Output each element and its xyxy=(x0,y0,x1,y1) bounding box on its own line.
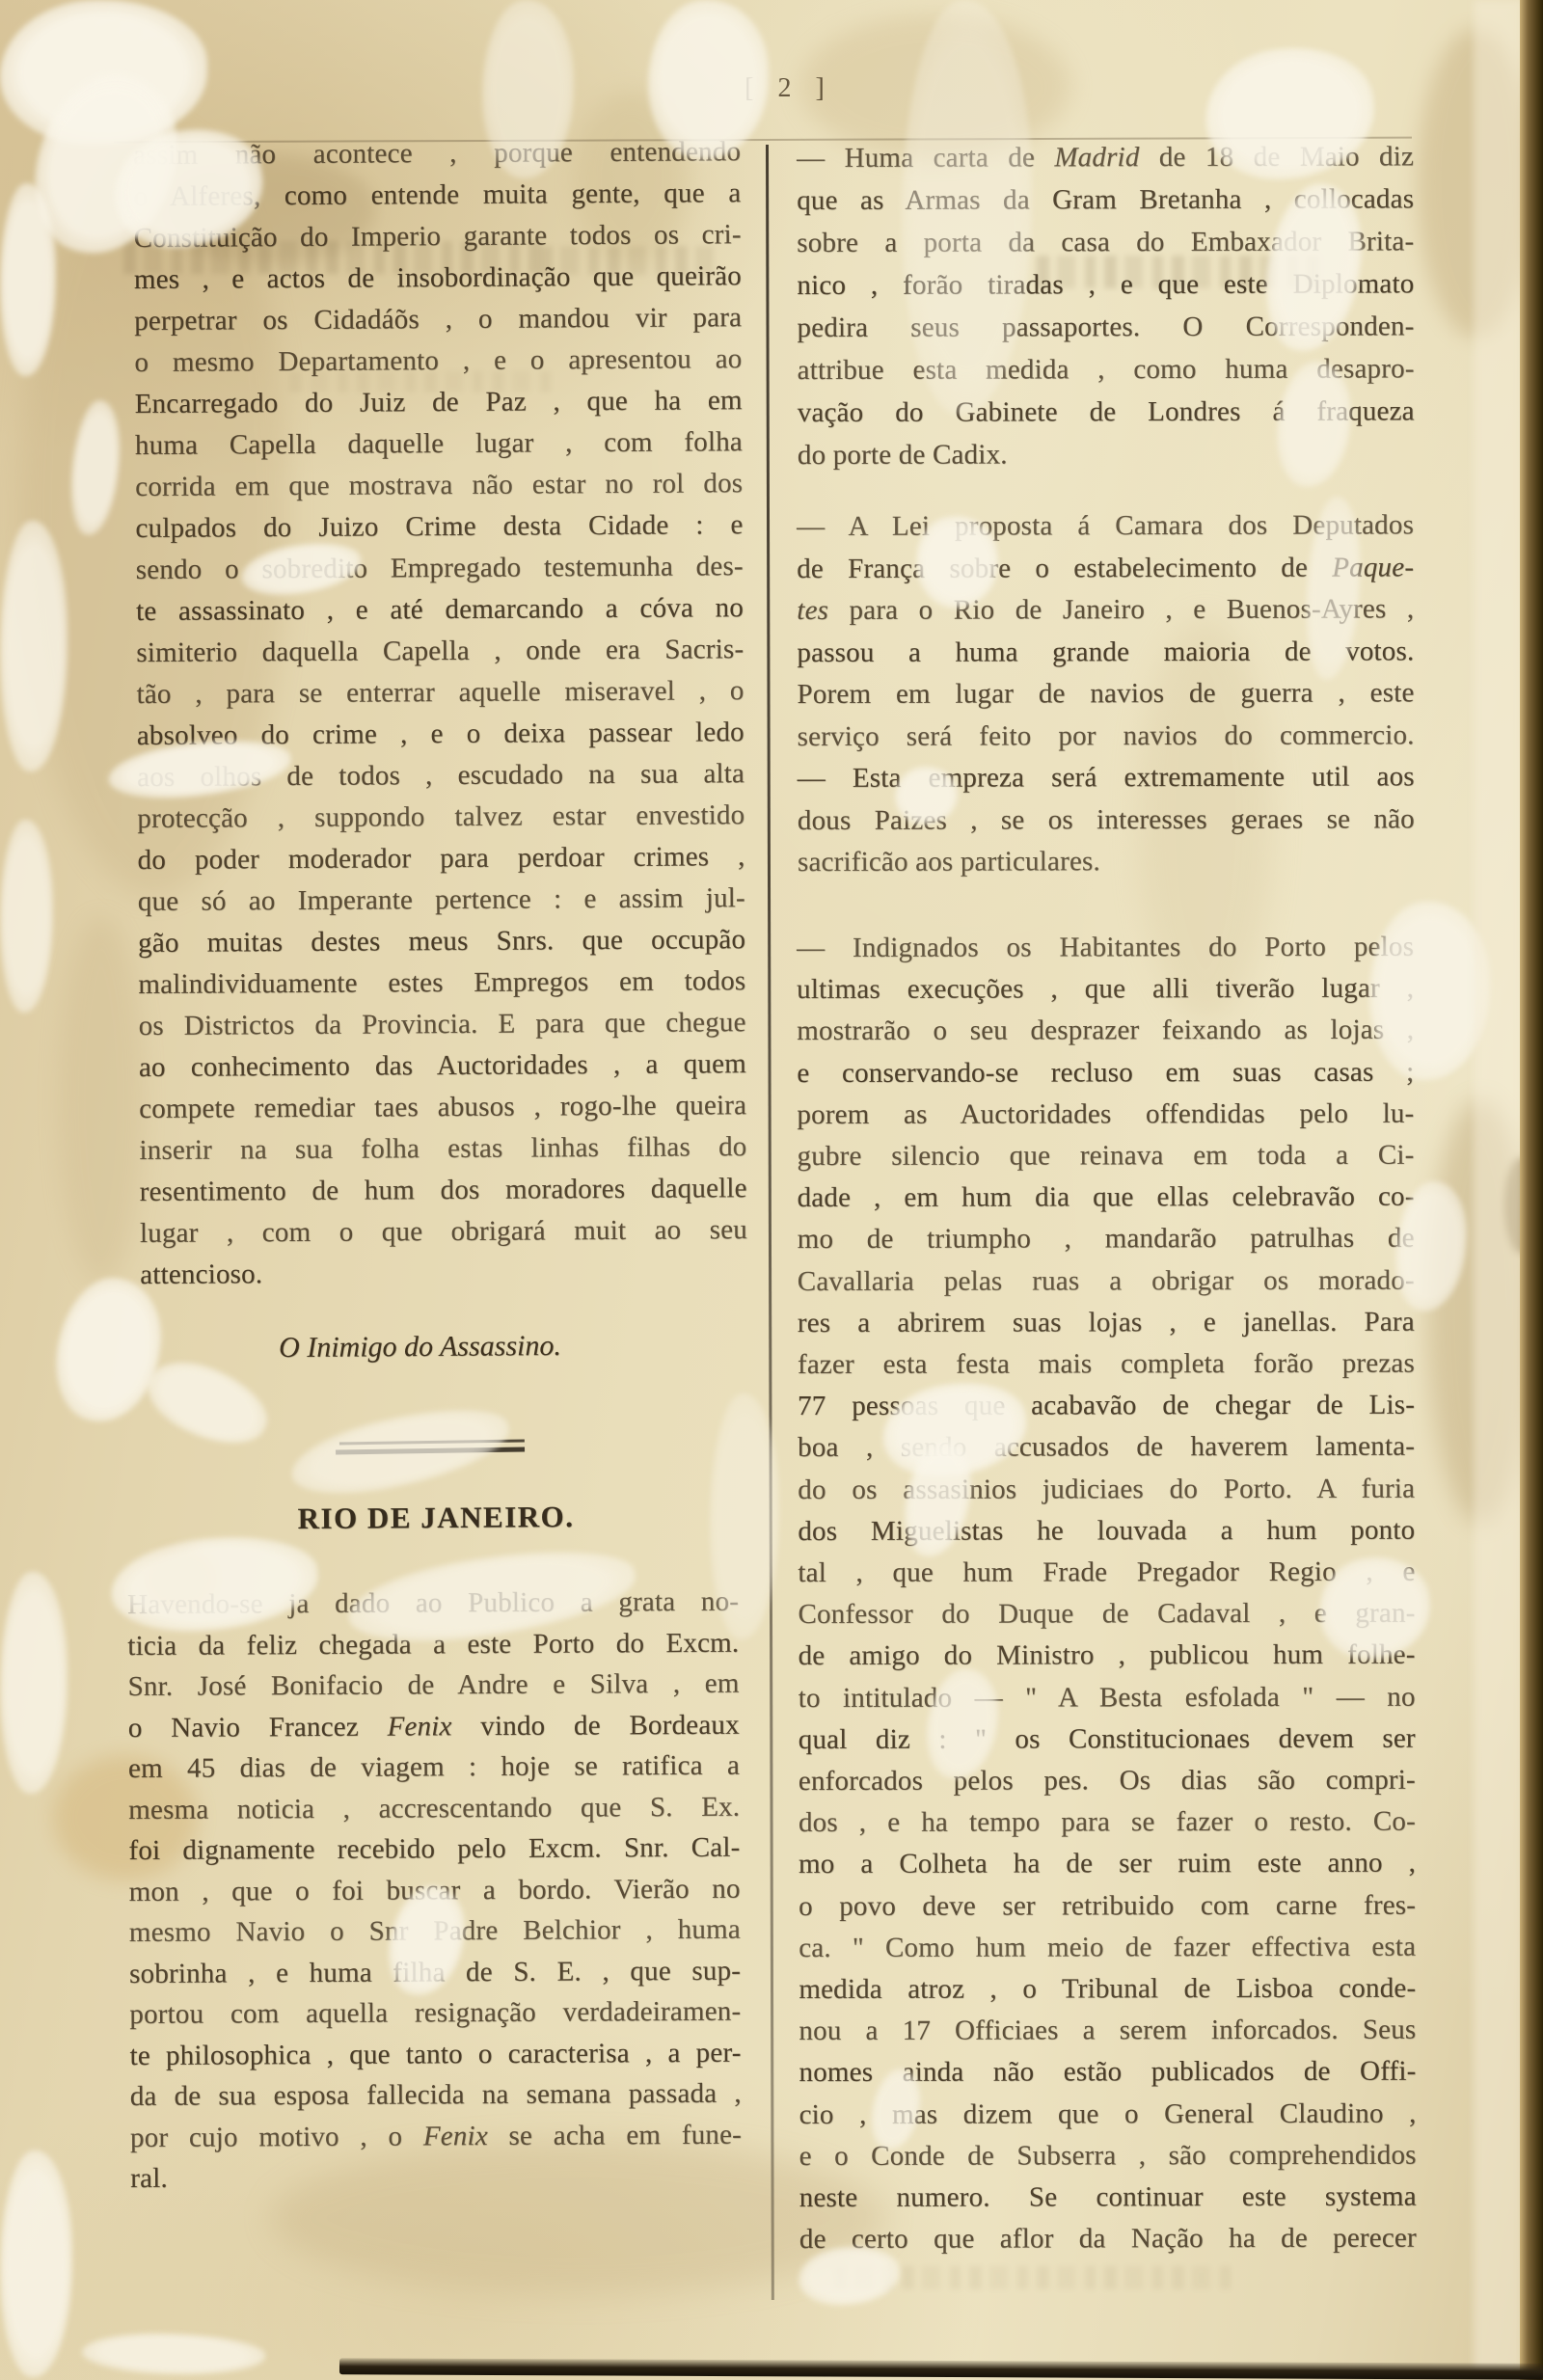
text-segment: Snr. José Bonifacio de Andre e Silva , e… xyxy=(127,1668,739,1702)
text-line: mostrarão o seu desprazer feixando as lo… xyxy=(797,1010,1414,1053)
text-segment: fazer esta festa mais completa forão pre… xyxy=(798,1348,1415,1380)
text-line: ral. xyxy=(130,2155,742,2200)
text-segment: os Districtos da Provincia. E para que c… xyxy=(139,1007,746,1041)
text-line: mesma noticia , accrescentando que S. Ex… xyxy=(128,1786,740,1830)
text-segment: ultimas execuções , que alli tiverão lug… xyxy=(797,973,1414,1005)
text-line: ultimas execuções , que alli tiverão lug… xyxy=(797,968,1414,1012)
text-line: culpados do Juizo Crime desta Cidade : e xyxy=(135,504,743,550)
text-line: Cavallaria pelas ruas a obrigar os morad… xyxy=(798,1259,1415,1303)
text-segment: do poder moderador para perdoar crimes , xyxy=(137,841,744,876)
text-line: huma Capella daquelle lugar , com folha xyxy=(135,421,743,467)
text-line: o mesmo Departamento , e o apresentou ao xyxy=(134,338,742,384)
text-line: por cujo motivo , o Fenix se acha em fun… xyxy=(130,2114,742,2158)
text-segment: resentimento de hum dos moradores daquel… xyxy=(140,1173,747,1207)
text-line: dos Miguelistas he louvada a hum ponto xyxy=(798,1510,1415,1554)
paper-tear-patch xyxy=(0,820,53,1013)
text-line: res a abrirem suas lojas , e janellas. P… xyxy=(798,1301,1415,1344)
text-line: qual diz : " os Constitucionaes devem se… xyxy=(799,1718,1416,1762)
paper-tear-patch xyxy=(81,2331,265,2378)
book-binding-edge xyxy=(1520,0,1543,2380)
text-line: tal , que hum Frade Pregador Regio , e xyxy=(798,1552,1415,1595)
italic-text-segment: Fenix xyxy=(387,1711,451,1742)
text-line: attencioso. xyxy=(140,1251,747,1296)
text-line: ca. " Como hum meio de fazer effectiva e… xyxy=(799,1927,1416,1970)
text-line: portou com aquella resignação verdadeira… xyxy=(129,1991,741,2036)
text-segment: simiterio daquella Capella , onde era Sa… xyxy=(136,634,744,668)
text-line: o povo deve ser retribuido com carne fre… xyxy=(799,1884,1416,1928)
text-segment: sacrificão aos particulares. xyxy=(798,846,1100,878)
text-line: gubre silencio que reinava em toda a Ci- xyxy=(797,1135,1414,1178)
text-segment: compete remediar taes abusos , rogo-lhe … xyxy=(139,1090,746,1124)
text-segment: tal , que hum Frade Pregador Regio , e xyxy=(798,1556,1415,1588)
text-segment: nou a 17 Officiaes a serem inforcados. S… xyxy=(799,2015,1416,2046)
text-segment: dade , em hum dia que ellas celebravão c… xyxy=(798,1181,1415,1213)
text-line: sendo o sobredito Empregado testemunha d… xyxy=(136,546,744,591)
text-line: — Esta empreza será extremamente util ao… xyxy=(798,756,1415,799)
text-line: e conservando-se recluso em suas casas ; xyxy=(797,1051,1414,1095)
text-segment: dos Miguelistas he louvada a hum ponto xyxy=(798,1515,1415,1547)
paper-tear-patch xyxy=(0,2150,72,2377)
text-segment: do porte de Cadix. xyxy=(798,439,1008,471)
text-segment: corrida em que mostrava não estar no rol… xyxy=(135,468,743,502)
text-segment: — Indignados os Habitantes do Porto pelo… xyxy=(797,932,1414,963)
text-line: ao conhecimento das Auctoridades , a que… xyxy=(139,1043,746,1089)
text-line: neste numero. Se continuar este systema xyxy=(799,2177,1417,2220)
text-segment: neste numero. Se continuar este systema xyxy=(799,2181,1417,2213)
text-segment: de França sobre o estabelecimento de xyxy=(797,552,1332,583)
text-line: dous Paizes , se os interesses geraes se… xyxy=(798,798,1415,842)
text-segment: em 45 dias de viagem : hoje se ratifica … xyxy=(128,1750,740,1784)
text-line: Snr. José Bonifacio de Andre e Silva , e… xyxy=(127,1663,739,1708)
text-segment: do os assasinios judiciaes do Porto. A f… xyxy=(798,1473,1415,1504)
newspaper-page-scan: [ 2 ] assim não acontece , porque entend… xyxy=(0,0,1543,2380)
text-line: que só ao Imperante pertence : e assim j… xyxy=(138,878,745,923)
text-segment: perpetrar os Cidadáõs , o mandou vir par… xyxy=(134,302,742,337)
text-segment: protecção , suppondo talvez estar envest… xyxy=(137,799,744,834)
text-line: Porem em lugar de navios de guerra , est… xyxy=(797,672,1414,716)
text-line: dade , em hum dia que ellas celebravão c… xyxy=(798,1176,1415,1220)
text-segment: o povo deve ser retribuido com carne fre… xyxy=(799,1889,1416,1921)
text-segment: porem as Auctoridades offendidas pelo lu… xyxy=(797,1097,1414,1129)
paper-stain xyxy=(58,916,145,1283)
text-segment: medida atroz , o Tribunal de Lisboa cond… xyxy=(799,1973,1416,2005)
text-segment: tão , para se enterrar aquelle miseravel… xyxy=(136,675,744,710)
text-line: serviço será feito por navios do commerc… xyxy=(798,715,1415,758)
text-segment: e conservando-se recluso em suas casas ; xyxy=(797,1056,1414,1088)
paper-tear-patch xyxy=(648,0,769,159)
text-segment: ao conhecimento das Auctoridades , a que… xyxy=(139,1048,746,1083)
text-segment: ral. xyxy=(130,2163,168,2194)
text-segment: o Navio Francez xyxy=(128,1711,388,1743)
section-heading-rio-de-janeiro: RIO DE JANEIRO. xyxy=(282,1500,590,1536)
text-segment: mo a Colheta ha de ser ruim este anno , xyxy=(799,1848,1416,1880)
text-line: em 45 dias de viagem : hoje se ratifica … xyxy=(128,1745,740,1790)
text-segment: que só ao Imperante pertence : e assim j… xyxy=(138,882,745,917)
text-line: perpetrar os Cidadáõs , o mandou vir par… xyxy=(134,297,742,342)
text-segment: — Esta empreza será extremamente util ao… xyxy=(798,761,1415,794)
text-segment: malindividuamente estes Empregos em todo… xyxy=(138,965,745,1000)
text-line: mo a Colheta ha de ser ruim este anno , xyxy=(799,1843,1416,1886)
text-segment: gubre silencio que reinava em toda a Ci- xyxy=(797,1140,1414,1172)
text-segment: mes , e actos de insobordinação que quei… xyxy=(134,260,742,295)
column-divider xyxy=(766,145,774,2300)
signature-line: O Inimigo do Assassino. xyxy=(239,1330,601,1366)
text-line: tão , para se enterrar aquelle miseravel… xyxy=(136,670,744,716)
text-line: fazer esta festa mais completa forão pre… xyxy=(798,1343,1415,1387)
text-segment: dos , e ha tempo para se fazer o resto. … xyxy=(799,1806,1416,1838)
text-line: — Indignados os Habitantes do Porto pelo… xyxy=(797,927,1414,970)
text-segment: Cavallaria pelas ruas a obrigar os morad… xyxy=(798,1264,1415,1296)
italic-text-segment: Madrid xyxy=(1054,142,1139,173)
text-line: mes , e actos de insobordinação que quei… xyxy=(134,256,742,301)
text-segment: culpados do Juizo Crime desta Cidade : e xyxy=(135,509,743,544)
text-segment: mesma noticia , accrescentando que S. Ex… xyxy=(128,1791,740,1825)
text-line: protecção , suppondo talvez estar envest… xyxy=(137,795,744,840)
text-line: dos , e ha tempo para se fazer o resto. … xyxy=(799,1801,1416,1845)
text-segment: ca. " Como hum meio de fazer effectiva e… xyxy=(799,1932,1416,1963)
text-segment: res a abrirem suas lojas , e janellas. P… xyxy=(798,1306,1415,1338)
text-segment: inserir na sua folha estas linhas filhas… xyxy=(139,1131,746,1166)
text-line: inserir na sua folha estas linhas filhas… xyxy=(139,1126,746,1172)
text-segment: mo de triumpho , mandarão patrulhas de xyxy=(798,1223,1415,1255)
text-segment: attencioso. xyxy=(140,1258,262,1290)
text-segment: o mesmo Departamento , e o apresentou ao xyxy=(134,343,742,378)
text-segment: lugar , com o que obrigará muit ao seu xyxy=(140,1214,747,1249)
text-segment: de amigo do Ministro , publicou hum folh… xyxy=(799,1639,1416,1671)
text-line: os Districtos da Provincia. E para que c… xyxy=(139,1002,746,1047)
text-segment: qual diz : " os Constitucionaes devem se… xyxy=(799,1723,1416,1755)
text-segment: mostrarão o seu desprazer feixando as lo… xyxy=(797,1014,1414,1046)
text-segment: portou com aquella resignação verdadeira… xyxy=(129,1996,741,2030)
text-segment: foi dignamente recebido pelo Excm. Snr. … xyxy=(128,1832,740,1866)
text-segment: se acha em fune- xyxy=(488,2119,742,2150)
text-line: to intitulado — " A Besta esfolada " — n… xyxy=(799,1676,1416,1719)
italic-text-segment: Fenix xyxy=(423,2121,488,2151)
paper-tear-patch xyxy=(1369,902,1490,1080)
text-segment: to intitulado — " A Besta esfolada " — n… xyxy=(799,1681,1416,1713)
text-line: nou a 17 Officiaes a serem inforcados. S… xyxy=(799,2010,1416,2053)
text-segment: dous Paizes , se os interesses geraes se… xyxy=(798,803,1415,836)
text-line: medida atroz , o Tribunal de Lisboa cond… xyxy=(799,1968,1416,2012)
text-line: enforcados pelos pes. Os dias são compri… xyxy=(799,1760,1416,1803)
text-line: porem as Auctoridades offendidas pelo lu… xyxy=(797,1093,1414,1136)
text-line: compete remediar taes abusos , rogo-lhe … xyxy=(139,1085,746,1130)
text-segment: de certo que aflor da Nação ha de perece… xyxy=(799,2223,1417,2255)
text-segment: te philosophica , que tanto o caracteris… xyxy=(129,2037,741,2070)
text-segment: enforcados pelos pes. Os dias são compri… xyxy=(799,1765,1416,1797)
text-line: te philosophica , que tanto o caracteris… xyxy=(129,2032,741,2076)
page-bottom-shadow-edge xyxy=(339,2358,1543,2379)
text-line: corrida em que mostrava não estar no rol… xyxy=(135,463,743,508)
text-segment: por cujo motivo , o xyxy=(130,2121,423,2153)
text-line: te assassinato , e até demarcando a cóva… xyxy=(136,587,744,633)
text-line: da de sua esposa fallecida na semana pas… xyxy=(130,2073,742,2118)
text-segment: vindo de Bordeaux xyxy=(451,1709,739,1742)
text-line: de certo que aflor da Nação ha de perece… xyxy=(799,2218,1417,2261)
paper-tear-patch xyxy=(0,1572,68,1794)
text-segment: serviço será feito por navios do commerc… xyxy=(798,719,1415,752)
paper-tear-patch xyxy=(284,1395,516,1507)
text-line: foi dignamente recebido pelo Excm. Snr. … xyxy=(128,1827,740,1872)
text-line: resentimento de hum dos moradores daquel… xyxy=(140,1168,747,1213)
text-segment: Encarregado do Juiz de Paz , que ha em xyxy=(135,385,743,419)
text-line: sacrificão aos particulares. xyxy=(798,840,1415,883)
text-line: de amigo do Ministro , publicou hum folh… xyxy=(799,1635,1416,1678)
text-line: mo de triumpho , mandarão patrulhas de xyxy=(798,1218,1415,1261)
text-line: gão muitas destes meus Snrs. que occupão xyxy=(138,919,745,964)
text-segment: te assassinato , e até demarcando a cóva… xyxy=(136,592,744,627)
text-line: lugar , com o que obrigará muit ao seu xyxy=(140,1209,747,1255)
left-column-letter-article: assim não acontece , porque entendendoo … xyxy=(133,131,747,1296)
text-segment: sendo o sobredito Empregado testemunha d… xyxy=(136,551,744,585)
text-line: do os assasinios judiciaes do Porto. A f… xyxy=(798,1468,1415,1511)
text-line: do poder moderador para perdoar crimes , xyxy=(137,836,744,881)
text-segment: Porem em lugar de navios de guerra , est… xyxy=(797,677,1414,710)
italic-text-segment: tes xyxy=(797,595,828,626)
paper-right-margin-highlight xyxy=(1474,0,1522,2380)
text-line: simiterio daquella Capella , onde era Sa… xyxy=(136,629,744,674)
text-line: malindividuamente estes Empregos em todo… xyxy=(138,960,745,1006)
text-line: o Navio Francez Fenix vindo de Bordeaux xyxy=(128,1704,740,1748)
text-segment: huma Capella daquelle lugar , com folha xyxy=(135,426,743,461)
text-line: Encarregado do Juiz de Paz , que ha em xyxy=(135,380,743,425)
text-segment: gão muitas destes meus Snrs. que occupão xyxy=(138,924,745,959)
text-segment: da de sua esposa fallecida na semana pas… xyxy=(130,2078,742,2112)
